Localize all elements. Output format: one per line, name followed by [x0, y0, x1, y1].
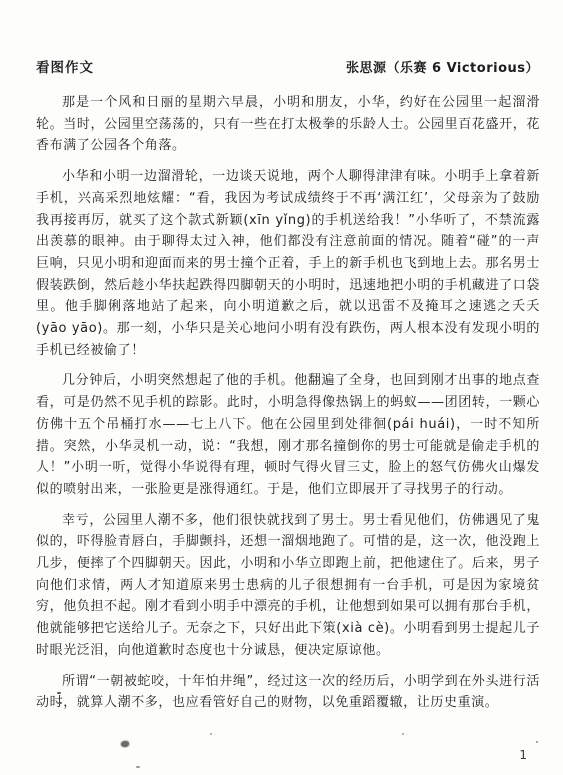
scanned-essay-page: 看图作文 张思源（乐赛 6 Victorious） 那是一个风和日丽的星期六早晨… — [0, 0, 563, 775]
page-number: 1 — [519, 748, 527, 762]
essay-paragraph-5: 所谓“一朝被蛇咬，十年怕井绳”，经过这一次的经历后，小明学到在外头进行活动时，就… — [36, 671, 540, 714]
scan-artifact-dot — [402, 733, 404, 735]
essay-title: 看图作文 — [36, 56, 94, 76]
scan-artifact-smudge — [121, 741, 129, 747]
scan-artifact-mark — [136, 766, 140, 768]
essay-paragraph-2: 小华和小明一边溜滑轮，一边谈天说地，两个人聊得津津有味。小明手上拿着新手机，兴高… — [36, 166, 540, 361]
essay-header: 看图作文 张思源（乐赛 6 Victorious） — [0, 0, 563, 76]
essay-paragraph-3: 几分钟后，小明突然想起了他的手机。他翻遍了全身，也回到刚才出事的地点查看，可是仍… — [36, 370, 540, 500]
scan-artifact-dot — [277, 685, 279, 687]
essay-paragraph-1: 那是一个风和日丽的星期六早晨，小明和朋友，小华，约好在公园里一起溜滑轮。当时，公… — [36, 92, 540, 157]
author-name: 张思源（乐赛 6 Victorious） — [346, 57, 539, 76]
scan-artifact-mark — [57, 692, 61, 694]
essay-paragraph-4: 幸亏，公园里人潮不多，他们很快就找到了男士。男士看见他们，仿佛遇见了鬼似的，吓得… — [36, 510, 540, 662]
essay-body: 那是一个风和日丽的星期六早晨，小明和朋友，小华，约好在公园里一起溜滑轮。当时，公… — [0, 76, 563, 714]
scan-artifact-tick — [536, 741, 538, 743]
scan-artifact-dot — [210, 733, 212, 735]
